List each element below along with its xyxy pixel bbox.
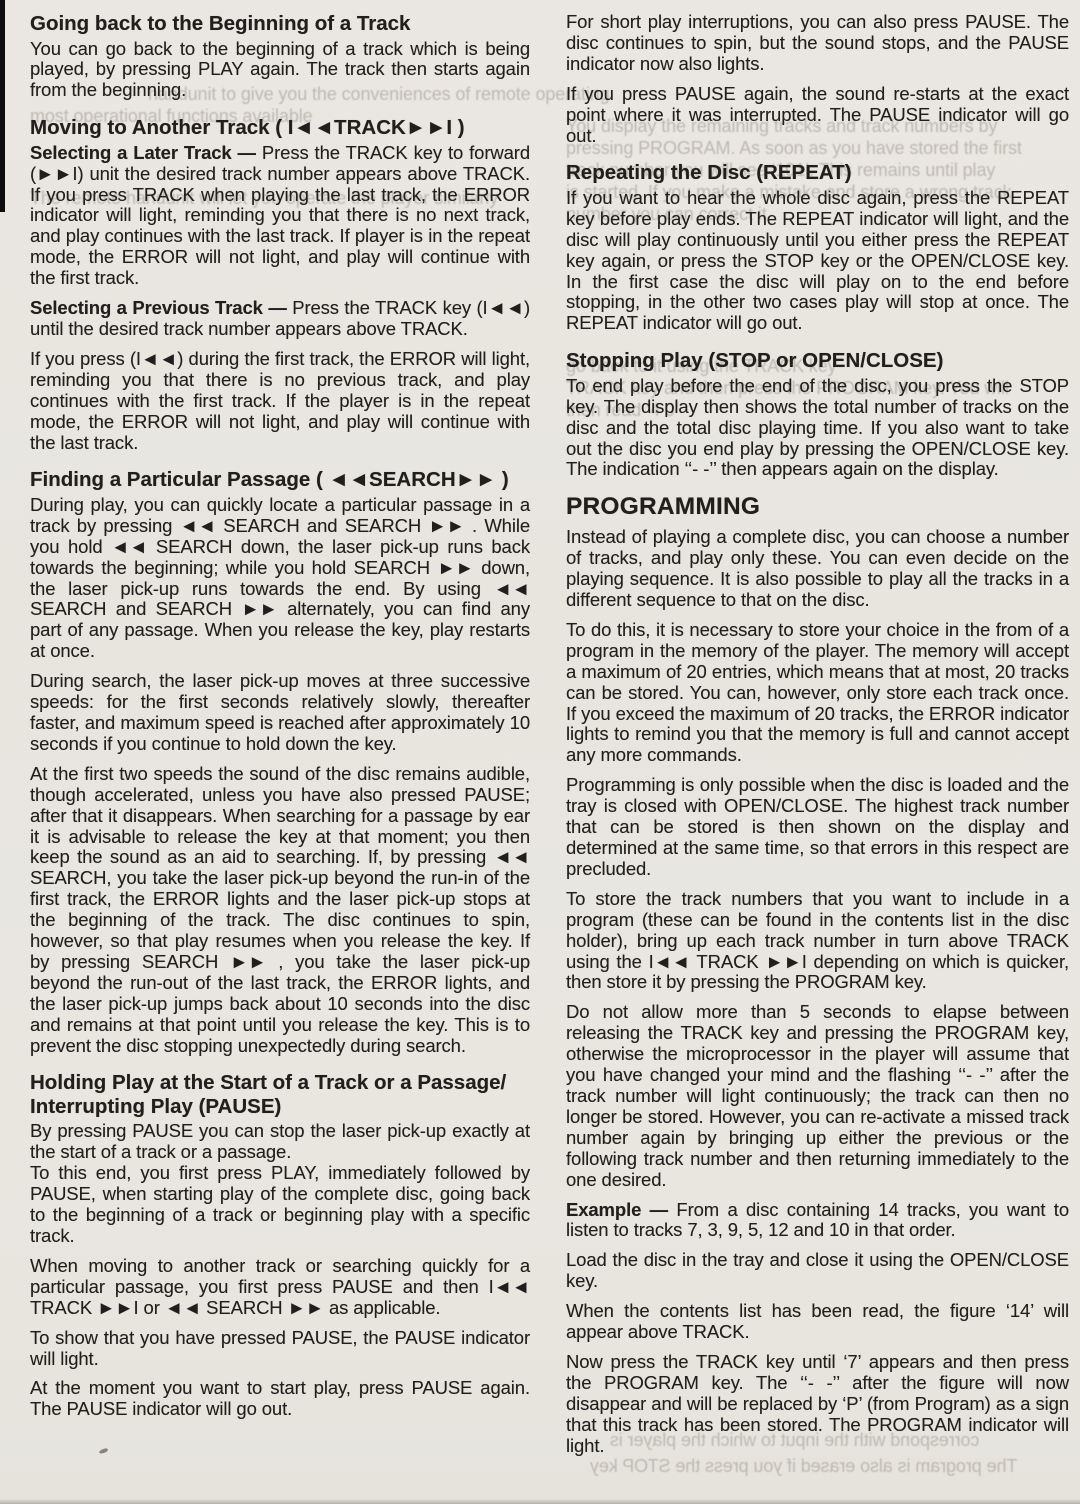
body-text: To show that you have pressed PAUSE, the… <box>30 1327 535 1369</box>
paragraph: Selecting a Previous Track — Press the T… <box>30 298 530 340</box>
paragraph-block: During search, the laser pick-up moves a… <box>30 671 530 755</box>
section-heading: Stopping Play (STOP or OPEN/CLOSE) <box>566 349 1069 373</box>
paragraph-block: To do this, it is necessary to store you… <box>566 620 1069 766</box>
scan-edge-artifact <box>0 0 5 212</box>
paragraph: By pressing PAUSE you can stop the laser… <box>30 1121 530 1246</box>
paragraph-block: At the first two speeds the sound of the… <box>30 764 530 1057</box>
body-text: During search, the laser pick-up moves a… <box>30 670 535 754</box>
paragraph-block: For short play interruptions, you can al… <box>566 12 1069 75</box>
paragraph-block: During play, you can quickly locate a pa… <box>30 495 530 662</box>
paragraph: You can go back to the beginning of a tr… <box>30 39 530 102</box>
paragraph: During search, the laser pick-up moves a… <box>30 671 530 755</box>
bold-lead-in: Example — <box>566 1199 676 1220</box>
heading-block: Going back to the Beginning of a Track <box>30 12 530 36</box>
paragraph: When the contents list has been read, th… <box>566 1301 1069 1343</box>
heading-block: Holding Play at the Start of a Track or … <box>30 1071 530 1118</box>
scan-speck-artifact <box>99 1448 109 1455</box>
paragraph-block: If you press (I◄◄) during the first trac… <box>30 349 530 454</box>
body-text: At the moment you want to start play, pr… <box>30 1377 535 1419</box>
paragraph: For short play interruptions, you can al… <box>566 12 1069 75</box>
paragraph: To store the track numbers that you want… <box>566 889 1069 994</box>
body-text: For short play interruptions, you can al… <box>566 11 1074 74</box>
heading-block: Finding a Particular Passage ( ◄◄SEARCH►… <box>30 468 530 492</box>
paragraph-block: By pressing PAUSE you can stop the laser… <box>30 1121 530 1246</box>
paragraph: At the first two speeds the sound of the… <box>30 764 530 1057</box>
paragraph-block: If you press PAUSE again, the sound re-s… <box>566 84 1069 147</box>
paragraph-block: Load the disc in the tray and close it u… <box>566 1250 1069 1292</box>
body-text: Programming is only possible when the di… <box>566 774 1074 879</box>
body-text: When moving to another track or searchin… <box>30 1255 535 1318</box>
paragraph-block: To show that you have pressed PAUSE, the… <box>30 1328 530 1370</box>
paragraph-block: Selecting a Previous Track — Press the T… <box>30 298 530 340</box>
bold-lead-in: Selecting a Previous Track — <box>30 297 292 318</box>
paragraph: To do this, it is necessary to store you… <box>566 620 1069 766</box>
paragraph-block: If you want to hear the whole disc again… <box>566 188 1069 334</box>
body-text: Do not allow more than 5 seconds to elap… <box>566 1001 1074 1189</box>
paragraph: Instead of playing a complete disc, you … <box>566 527 1069 611</box>
bold-lead-in: Selecting a Later Track — <box>30 142 262 163</box>
paragraph-block: Instead of playing a complete disc, you … <box>566 527 1069 611</box>
paragraph-block: When the contents list has been read, th… <box>566 1301 1069 1343</box>
body-text: During play, you can quickly locate a pa… <box>30 494 535 661</box>
paragraph-block: Example — From a disc containing 14 trac… <box>566 1200 1069 1242</box>
paragraph: Now press the TRACK key until ‘7’ appear… <box>566 1352 1069 1457</box>
body-text: When the contents list has been read, th… <box>566 1300 1074 1342</box>
paragraph: If you press PAUSE again, the sound re-s… <box>566 84 1069 147</box>
section-heading: Repeating the Disc (REPEAT) <box>566 161 1069 185</box>
body-text: Load the disc in the tray and close it u… <box>566 1249 1074 1291</box>
manual-page: handunit to give you the conveniences of… <box>0 0 1080 1504</box>
paragraph: To show that you have pressed PAUSE, the… <box>30 1328 530 1370</box>
body-text: If you press (I◄◄) during the first trac… <box>30 348 535 453</box>
body-text: Instead of playing a complete disc, you … <box>566 526 1074 610</box>
paragraph-block: When moving to another track or searchin… <box>30 1256 530 1319</box>
body-text: At the first two speeds the sound of the… <box>30 763 535 1056</box>
paragraph-block: Programming is only possible when the di… <box>566 775 1069 880</box>
body-text: To store the track numbers that you want… <box>566 888 1074 993</box>
paragraph: Programming is only possible when the di… <box>566 775 1069 880</box>
body-text: Press the TRACK key to forward (►►I) uni… <box>30 142 535 288</box>
paragraph: If you want to hear the whole disc again… <box>566 188 1069 334</box>
paragraph-block: To end play before the end of the disc, … <box>566 376 1069 481</box>
body-text: To end play before the end of the disc, … <box>566 375 1074 480</box>
section-heading: Holding Play at the Start of a Track or … <box>30 1071 530 1118</box>
section-heading: Finding a Particular Passage ( ◄◄SEARCH►… <box>30 468 530 492</box>
right-column: For short play interruptions, you can al… <box>566 12 1069 1465</box>
paragraph-block: To store the track numbers that you want… <box>566 889 1069 994</box>
paragraph-block: You can go back to the beginning of a tr… <box>30 39 530 102</box>
paragraph-block: Do not allow more than 5 seconds to elap… <box>566 1002 1069 1190</box>
chapter-heading: PROGRAMMING <box>566 494 1069 520</box>
body-text: By pressing PAUSE you can stop the laser… <box>30 1120 535 1246</box>
section-heading: Moving to Another Track ( I◄◄TRACK►►I ) <box>30 116 530 140</box>
section-heading: Going back to the Beginning of a Track <box>30 12 530 36</box>
paragraph: Selecting a Later Track — Press the TRAC… <box>30 143 530 289</box>
body-text: You can go back to the beginning of a tr… <box>30 38 535 101</box>
paragraph: During play, you can quickly locate a pa… <box>30 495 530 662</box>
paragraph: At the moment you want to start play, pr… <box>30 1378 530 1420</box>
paragraph: If you press (I◄◄) during the first trac… <box>30 349 530 454</box>
paragraph-block: Selecting a Later Track — Press the TRAC… <box>30 143 530 289</box>
heading-block: Repeating the Disc (REPEAT) <box>566 161 1069 185</box>
body-text: If you press PAUSE again, the sound re-s… <box>566 83 1074 146</box>
paragraph-block: At the moment you want to start play, pr… <box>30 1378 530 1420</box>
scan-bottom-shadow <box>0 1499 1080 1504</box>
body-text: If you want to hear the whole disc again… <box>566 187 1074 333</box>
paragraph: Load the disc in the tray and close it u… <box>566 1250 1069 1292</box>
left-column: Going back to the Beginning of a TrackYo… <box>30 12 530 1429</box>
paragraph: Do not allow more than 5 seconds to elap… <box>566 1002 1069 1190</box>
paragraph-block: Now press the TRACK key until ‘7’ appear… <box>566 1352 1069 1457</box>
body-text: To do this, it is necessary to store you… <box>566 619 1074 765</box>
heading-block: PROGRAMMING <box>566 494 1069 520</box>
paragraph: To end play before the end of the disc, … <box>566 376 1069 481</box>
heading-block: Moving to Another Track ( I◄◄TRACK►►I ) <box>30 116 530 140</box>
paragraph: When moving to another track or searchin… <box>30 1256 530 1319</box>
paragraph: Example — From a disc containing 14 trac… <box>566 1200 1069 1242</box>
heading-block: Stopping Play (STOP or OPEN/CLOSE) <box>566 349 1069 373</box>
body-text: Now press the TRACK key until ‘7’ appear… <box>566 1351 1074 1456</box>
